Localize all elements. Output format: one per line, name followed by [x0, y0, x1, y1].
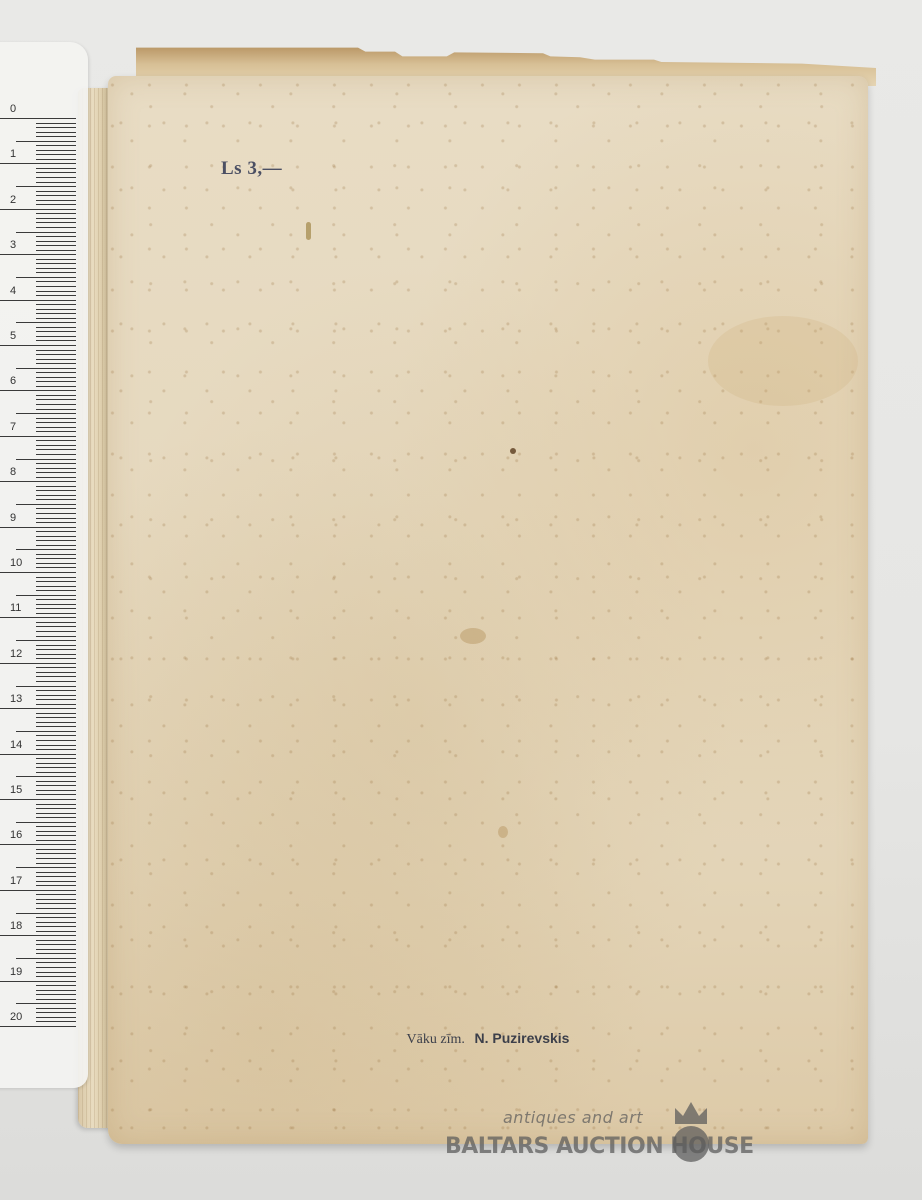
ruler-tick: [36, 281, 76, 282]
ruler-tick: [36, 363, 76, 364]
ruler-tick: [16, 822, 76, 823]
ruler-tick: [36, 658, 76, 659]
ruler-tick: [36, 145, 76, 146]
cover-artist-credit: Vāku zīm. N. Puzirevskis: [108, 1030, 868, 1048]
ruler-tick: [36, 885, 76, 886]
ruler-tick: [36, 785, 76, 786]
ruler-tick: [36, 922, 76, 923]
ruler-tick: [36, 440, 76, 441]
ruler-tick: [36, 518, 76, 519]
ruler-tick: [36, 695, 76, 696]
ruler-number: 4: [10, 285, 16, 297]
ruler-tick: [36, 835, 76, 836]
ruler-tick: [36, 745, 76, 746]
ruler-tick: [0, 890, 76, 891]
ruler-tick: [36, 881, 76, 882]
ruler-tick: [36, 758, 76, 759]
ruler-tick: [36, 409, 76, 410]
measuring-ruler: 01234567891011121314151617181920: [0, 42, 88, 1088]
ruler-tick: [36, 395, 76, 396]
ruler-tick: [36, 150, 76, 151]
ruler-tick: [36, 840, 76, 841]
ruler-tick: [36, 622, 76, 623]
ruler-tick: [36, 309, 76, 310]
ruler-tick: [36, 291, 76, 292]
ruler-tick: [36, 717, 76, 718]
ruler-tick: [36, 200, 76, 201]
ruler-tick: [36, 704, 76, 705]
ruler-tick: [36, 540, 76, 541]
ruler-tick: [36, 486, 76, 487]
ruler-tick: [0, 935, 76, 936]
ruler-tick: [36, 1012, 76, 1013]
ruler-tick: [36, 654, 76, 655]
ruler-tick: [16, 186, 76, 187]
ruler-tick: [36, 726, 76, 727]
ruler-tick: [36, 735, 76, 736]
ruler-tick: [36, 953, 76, 954]
ruler-tick: [36, 331, 76, 332]
ruler-tick: [16, 1003, 76, 1004]
book-back-cover: Ls 3,— Vāku zīm. N. Puzirevskis: [108, 76, 868, 1144]
ruler-tick: [36, 499, 76, 500]
ruler-tick: [36, 304, 76, 305]
ruler-number: 7: [10, 421, 16, 433]
ruler-tick: [0, 163, 76, 164]
ruler-tick: [36, 563, 76, 564]
ruler-tick: [36, 313, 76, 314]
ruler-tick: [36, 536, 76, 537]
ruler-tick: [36, 944, 76, 945]
ruler-tick: [16, 731, 76, 732]
ruler-tick: [36, 340, 76, 341]
ruler-tick: [16, 776, 76, 777]
ruler-tick: [36, 236, 76, 237]
stain-mark: [510, 448, 516, 454]
ruler-tick: [16, 322, 76, 323]
ruler-tick: [36, 817, 76, 818]
ruler-tick: [36, 636, 76, 637]
ruler-tick: [36, 926, 76, 927]
ruler-number: 13: [10, 693, 22, 705]
ruler-tick: [36, 581, 76, 582]
ruler-tick: [36, 431, 76, 432]
ruler-number: 3: [10, 239, 16, 251]
ruler-number: 10: [10, 557, 22, 569]
ruler-tick: [36, 962, 76, 963]
ruler-tick: [36, 794, 76, 795]
ruler-tick: [36, 649, 76, 650]
ruler-tick: [36, 863, 76, 864]
ruler-tick: [36, 327, 76, 328]
price-label: Ls 3,—: [221, 158, 282, 180]
ruler-tick: [0, 209, 76, 210]
ruler-tick: [36, 908, 76, 909]
ruler-number: 1: [10, 148, 16, 160]
ruler-tick: [36, 522, 76, 523]
ruler-tick: [36, 154, 76, 155]
ruler-number: 2: [10, 194, 16, 206]
ruler-tick: [36, 790, 76, 791]
ruler-tick: [36, 722, 76, 723]
ruler-tick: [36, 604, 76, 605]
ruler-tick: [36, 132, 76, 133]
ruler-tick: [36, 558, 76, 559]
ruler-tick: [36, 250, 76, 251]
ruler-tick: [36, 545, 76, 546]
ruler-tick: [36, 468, 76, 469]
ruler-tick: [36, 985, 76, 986]
ruler-tick: [36, 195, 76, 196]
ruler-tick: [16, 277, 76, 278]
ruler-tick: [36, 645, 76, 646]
ruler-tick: [36, 740, 76, 741]
ruler-tick: [36, 381, 76, 382]
ruler-tick: [36, 831, 76, 832]
ruler-tick: [36, 894, 76, 895]
ruler-tick: [36, 286, 76, 287]
ruler-tick: [36, 377, 76, 378]
credit-label: Vāku zīm.: [407, 1032, 465, 1047]
ruler-tick: [36, 1021, 76, 1022]
ruler-number: 16: [10, 829, 22, 841]
stain-mark: [460, 628, 486, 644]
ruler-tick: [0, 1026, 76, 1027]
ruler-tick: [36, 858, 76, 859]
ruler-tick: [16, 232, 76, 233]
ruler-tick: [36, 626, 76, 627]
ruler-tick: [36, 359, 76, 360]
ruler-tick: [36, 372, 76, 373]
ruler-tick: [36, 241, 76, 242]
ruler-tick: [36, 477, 76, 478]
ruler-tick: [36, 972, 76, 973]
ruler-tick: [16, 913, 76, 914]
ruler-tick: [36, 472, 76, 473]
ruler-tick: [0, 481, 76, 482]
stain-mark: [708, 316, 858, 406]
ruler-tick: [0, 754, 76, 755]
ruler-tick: [36, 940, 76, 941]
ruler-tick: [0, 844, 76, 845]
ruler-tick: [36, 713, 76, 714]
ruler-tick: [36, 354, 76, 355]
ruler-tick: [36, 999, 76, 1000]
ruler-tick: [36, 427, 76, 428]
ruler-tick: [36, 976, 76, 977]
ruler-tick: [36, 781, 76, 782]
ruler-tick: [36, 168, 76, 169]
ruler-tick: [36, 749, 76, 750]
ruler-tick: [36, 182, 76, 183]
ruler-number: 0: [10, 103, 16, 115]
stain-mark: [306, 222, 311, 240]
ruler-tick: [16, 504, 76, 505]
ruler-tick: [36, 404, 76, 405]
ruler-tick: [36, 449, 76, 450]
ruler-number: 11: [10, 602, 21, 614]
ruler-tick: [36, 772, 76, 773]
ruler-number: 20: [10, 1011, 22, 1023]
ruler-tick: [16, 867, 76, 868]
ruler-tick: [36, 872, 76, 873]
ruler-tick: [16, 595, 76, 596]
ruler-tick: [36, 931, 76, 932]
ruler-tick: [36, 990, 76, 991]
ruler-tick: [36, 222, 76, 223]
ruler-tick: [16, 413, 76, 414]
ruler-tick: [0, 300, 76, 301]
ruler-tick: [36, 763, 76, 764]
ruler-tick: [36, 567, 76, 568]
ruler-tick: [36, 826, 76, 827]
ruler-tick: [36, 136, 76, 137]
ruler-tick: [36, 577, 76, 578]
ruler-tick: [36, 672, 76, 673]
ruler-tick: [36, 1017, 76, 1018]
ruler-tick: [36, 608, 76, 609]
ruler-tick: [0, 981, 76, 982]
ruler-tick: [36, 259, 76, 260]
ruler-tick: [36, 508, 76, 509]
ruler-tick: [36, 967, 76, 968]
ruler-number: 6: [10, 375, 16, 387]
ruler-tick: [36, 159, 76, 160]
ruler-tick: [36, 445, 76, 446]
ruler-tick: [36, 272, 76, 273]
ruler-tick: [36, 172, 76, 173]
ruler-tick: [36, 218, 76, 219]
ruler-tick: [16, 958, 76, 959]
ruler-tick: [36, 917, 76, 918]
ruler-tick: [36, 681, 76, 682]
ruler-tick: [16, 686, 76, 687]
ruler-tick: [36, 177, 76, 178]
ruler-tick: [36, 268, 76, 269]
ruler-tick: [36, 808, 76, 809]
ruler-number: 19: [10, 966, 22, 978]
ruler-tick: [36, 191, 76, 192]
ruler-tick: [36, 699, 76, 700]
ruler-tick: [36, 245, 76, 246]
ruler-tick: [36, 495, 76, 496]
ruler-number: 18: [10, 920, 22, 932]
ruler-tick: [36, 599, 76, 600]
ruler-tick: [36, 813, 76, 814]
ruler-number: 8: [10, 466, 16, 478]
ruler-tick: [36, 204, 76, 205]
ruler-tick: [36, 350, 76, 351]
ruler-tick: [0, 436, 76, 437]
ruler-tick: [36, 123, 76, 124]
ruler-tick: [36, 531, 76, 532]
ruler-tick: [36, 127, 76, 128]
ruler-tick: [36, 463, 76, 464]
ruler-tick: [36, 590, 76, 591]
ruler-tick: [0, 345, 76, 346]
ruler-tick: [36, 804, 76, 805]
ruler-tick: [36, 454, 76, 455]
ruler-tick: [36, 513, 76, 514]
ruler-tick: [36, 849, 76, 850]
ruler-tick: [0, 799, 76, 800]
ruler-tick: [36, 949, 76, 950]
ruler-tick: [0, 708, 76, 709]
ruler-number: 15: [10, 784, 22, 796]
ruler-tick: [16, 368, 76, 369]
ruler-tick: [36, 418, 76, 419]
ruler-tick: [16, 549, 76, 550]
ruler-tick: [36, 554, 76, 555]
ruler-tick: [0, 118, 76, 119]
ruler-tick: [0, 390, 76, 391]
ruler-number: 5: [10, 330, 16, 342]
ruler-tick: [16, 459, 76, 460]
ruler-tick: [36, 903, 76, 904]
ruler-tick: [0, 254, 76, 255]
ruler-tick: [36, 690, 76, 691]
ruler-tick: [0, 663, 76, 664]
ruler-tick: [36, 213, 76, 214]
credit-name: N. Puzirevskis: [475, 1030, 570, 1046]
ruler-tick: [36, 227, 76, 228]
ruler-tick: [36, 613, 76, 614]
ruler-tick: [36, 631, 76, 632]
ruler-tick: [0, 617, 76, 618]
ruler-number: 17: [10, 875, 22, 887]
ruler-tick: [36, 853, 76, 854]
ruler-tick: [36, 767, 76, 768]
ruler-tick: [36, 422, 76, 423]
ruler-tick: [36, 586, 76, 587]
ruler-tick: [16, 141, 76, 142]
ruler-tick: [36, 876, 76, 877]
ruler-tick: [36, 1008, 76, 1009]
ruler-number: 14: [10, 739, 22, 751]
ruler-tick: [36, 667, 76, 668]
ruler-tick: [36, 386, 76, 387]
ruler-tick: [0, 527, 76, 528]
ruler-tick: [36, 399, 76, 400]
ruler-tick: [36, 295, 76, 296]
ruler-tick: [36, 318, 76, 319]
ruler-tick: [16, 640, 76, 641]
ruler-tick: [0, 572, 76, 573]
photo-scene: Ls 3,— Vāku zīm. N. Puzirevskis 01234567…: [0, 0, 922, 1200]
ruler-number: 12: [10, 648, 22, 660]
stain-mark: [498, 826, 508, 838]
ruler-tick: [36, 676, 76, 677]
ruler-tick: [36, 336, 76, 337]
ruler-tick: [36, 899, 76, 900]
ruler-tick: [36, 263, 76, 264]
ruler-tick: [36, 994, 76, 995]
ruler-number: 9: [10, 512, 16, 524]
ruler-tick: [36, 490, 76, 491]
